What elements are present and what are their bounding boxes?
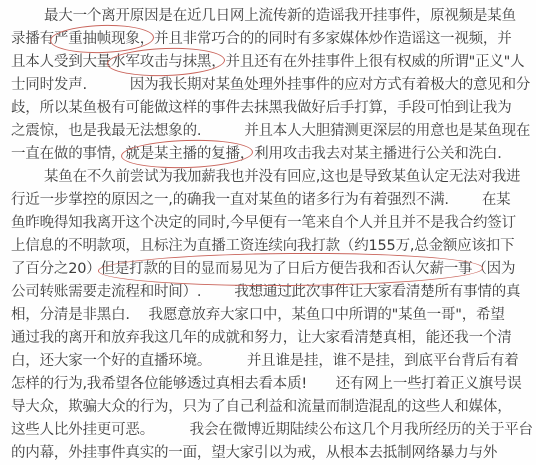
text-line: 怎样的行为,我希望各位能够透过真相去看本质! 还有网上一些打着正义旗号误 <box>11 373 531 396</box>
text-segment: ，并且还有在外挂事件上很有权威的所谓"正义"人 <box>211 54 524 70</box>
text-segment: 了百分之20） <box>11 261 101 277</box>
text-line: 了百分之20）但是打款的目的显而易见为了日后方便告我和否认欠薪一事（因为 <box>11 258 531 281</box>
statement-document: 最大一个离开原因是在近几日网上流传新的造谣我开挂事件，原视频是某鱼录播有严重抽帧… <box>0 0 536 465</box>
text-line: 鱼昨晚得知我离开这个决定的同时,今早便有一笔来自个人并且并不是我合约签订 <box>11 212 531 235</box>
text-segment: 之震惊，也是我最无法想象的. 并且本人大胆猜测更深层的用意也是某鱼现在 <box>11 123 530 139</box>
text-line: 导大众，欺骗大众的行为，只为了自己利益和流量而制造混乱的这些人和媒体， <box>11 396 531 419</box>
text-line: 之震惊，也是我最无法想象的. 并且本人大胆猜测更深层的用意也是某鱼现在 <box>11 120 531 143</box>
text-segment: 且本人受到大量 <box>11 54 111 70</box>
text-segment: 上信息的不明款项，且标注为直播工资连续向我打款（约155万,总金额应该扣下 <box>11 238 514 254</box>
text-line: 行近一步掌控的原因之一,的确我一直对某鱼的诸多行为有着强烈不满. 在某 <box>11 189 531 212</box>
text-segment: 行近一步掌控的原因之一,的确我一直对某鱼的诸多行为有着强烈不满. 在某 <box>11 192 510 208</box>
text-segment: ，利用攻击我去对某主播进行公关和洗白. <box>240 146 502 162</box>
text-segment: 怎样的行为,我希望各位能够透过真相去看本质! 还有网上一些打着正义旗号误 <box>11 376 522 392</box>
text-segment: 导大众，欺骗大众的行为，只为了自己利益和流量而制造混乱的这些人和媒体， <box>11 399 512 415</box>
text-segment: 最大一个离开原因是在近几日网上流传新的造谣我开挂事件，原视频是某鱼 <box>11 8 516 24</box>
text-segment: 一直在做的事情， <box>11 146 125 162</box>
text-line: 某鱼在不久前尝试为我加薪我也并没有回应,这也是导致某鱼认定无法对我进 <box>11 166 531 189</box>
text-line: 士同时发声. 因为我长期对某鱼处理外挂事件的应对方式有着极大的意见和分 <box>11 74 531 97</box>
text-line: 且本人受到大量水军攻击与抹黑，并且还有在外挂事件上很有权威的所谓"正义"人 <box>11 51 531 74</box>
text-segment: ，并且非常巧合的的同时有多家媒体炒作造谣这一视频，并 <box>140 31 512 47</box>
text-line: 这些人比外挂更可恶。 我会在微博近期陆续公布这几个月我所经历的关于平台 <box>11 419 531 442</box>
text-line: 歧，所以某鱼极有可能做这样的事件去抹黑我做好后手打算，手段可怕到让我为 <box>11 97 531 120</box>
text-segment: 录播有 <box>11 31 54 47</box>
text-segment: 鱼昨晚得知我离开这个决定的同时,今早便有一笔来自个人并且并不是我合约签订 <box>11 215 516 231</box>
text-segment: 歧，所以某鱼极有可能做这样的事件去抹黑我做好后手打算，手段可怕到让我为 <box>11 100 512 116</box>
red-circle-annotation: 但是打款的目的显而易见为了日后方便告我和否认欠薪一事 <box>101 258 473 281</box>
text-segment: 士同时发声. 因为我长期对某鱼处理外挂事件的应对方式有着极大的意见和分 <box>11 77 530 93</box>
text-line: 相，分清是非黑白. 我愿意放弃大家口中，某鱼口中所谓的"某鱼一哥"，希望 <box>11 304 531 327</box>
red-circle-annotation: 水军攻击与抹黑 <box>111 51 211 74</box>
statement-text: 最大一个离开原因是在近几日网上流传新的造谣我开挂事件，原视频是某鱼录播有严重抽帧… <box>11 5 531 465</box>
text-segment: 公司转账需要走流程和时间）. 我想通过此次事件让大家看清楚所有事情的真 <box>11 284 520 300</box>
text-line: 白，还大家一个好的直播环境。 并且谁是挂，谁不是挂，到底平台背后有着 <box>11 350 531 373</box>
text-line: 最大一个离开原因是在近几日网上流传新的造谣我开挂事件，原视频是某鱼 <box>11 5 531 28</box>
text-segment: 通过我的离开和放弃我这几年的成就和努力，让大家看清楚真相，能还我一个清 <box>11 330 512 346</box>
text-segment: 的内幕，外挂事件真实的一面，望大家引以为戒，从根本去抵制网络暴力与外 <box>11 445 497 461</box>
text-segment: 某鱼在不久前尝试为我加薪我也并没有回应,这也是导致某鱼认定无法对我进 <box>11 169 520 185</box>
text-segment: 相，分清是非黑白. 我愿意放弃大家口中，某鱼口中所谓的"某鱼一哥"，希望 <box>11 307 505 323</box>
text-line: 录播有严重抽帧现象，并且非常巧合的的同时有多家媒体炒作造谣这一视频，并 <box>11 28 531 51</box>
text-line: 通过我的离开和放弃我这几年的成就和努力，让大家看清楚真相，能还我一个清 <box>11 327 531 350</box>
text-line: 一直在做的事情，就是某主播的复播，利用攻击我去对某主播进行公关和洗白. <box>11 143 531 166</box>
text-segment: 这些人比外挂更可恶。 我会在微博近期陆续公布这几个月我所经历的关于平台 <box>11 422 533 438</box>
text-line: 公司转账需要走流程和时间）. 我想通过此次事件让大家看清楚所有事情的真 <box>11 281 531 304</box>
text-line: 上信息的不明款项，且标注为直播工资连续向我打款（约155万,总金额应该扣下 <box>11 235 531 258</box>
red-circle-annotation: 就是某主播的复播 <box>125 143 239 166</box>
red-circle-annotation: 严重抽帧现象 <box>54 28 140 51</box>
text-segment: 白，还大家一个好的直播环境。 并且谁是挂，谁不是挂，到底平台背后有着 <box>11 353 519 369</box>
text-segment: （因为 <box>472 261 515 277</box>
text-line: 的内幕，外挂事件真实的一面，望大家引以为戒，从根本去抵制网络暴力与外 <box>11 442 531 465</box>
